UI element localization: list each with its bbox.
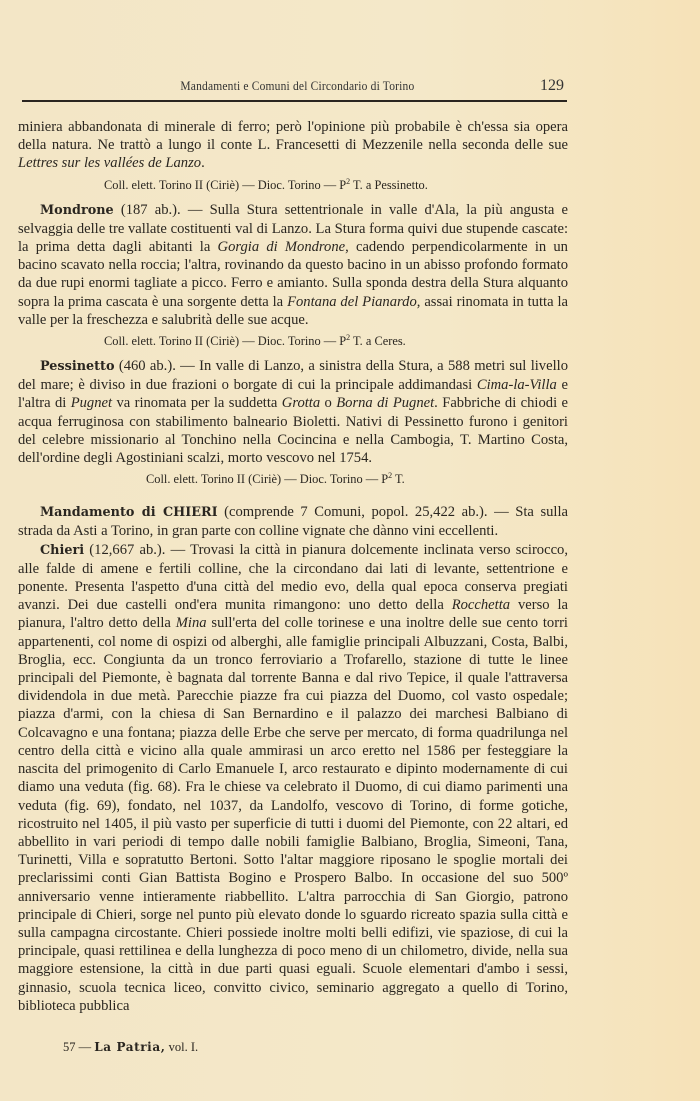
electoral-reference: Coll. elett. Torino II (Ciriè) — Dioc. T… (18, 174, 568, 193)
body-text: miniera abbandonata di minerale di ferro… (18, 118, 568, 1015)
scanned-book-page: Mandamenti e Comuni del Circondario di T… (0, 0, 700, 1101)
electoral-reference: Coll. elett. Torino II (Ciriè) — Dioc. T… (18, 330, 568, 349)
section-spacer (18, 495, 568, 503)
electoral-reference: Coll. elett. Torino II (Ciriè) — Dioc. T… (18, 468, 568, 487)
entry-pessinetto: Pessinetto (460 ab.). — In valle di Lanz… (18, 357, 568, 467)
entry-heading: Mandamento di CHIERI (40, 505, 218, 520)
paragraph-continuation: miniera abbandonata di minerale di ferro… (18, 118, 568, 173)
entry-chieri: Chieri (12,667 ab.). — Trovasi la città … (18, 541, 568, 1015)
entry-heading: Mondrone (40, 203, 114, 218)
page-number: 129 (540, 77, 564, 95)
printer-signature: 57 — La Patria, vol. I. (63, 1040, 198, 1055)
entry-heading: Pessinetto (40, 359, 115, 374)
publication-title: La Patria, (94, 1040, 165, 1054)
entry-mondrone: Mondrone (187 ab.). — Sulla Stura setten… (18, 201, 568, 329)
header-rule (22, 100, 567, 102)
entry-mandamento-chieri: Mandamento di CHIERI (comprende 7 Comuni… (18, 503, 568, 540)
entry-heading: Chieri (40, 543, 84, 558)
running-header: Mandamenti e Comuni del Circondario di T… (18, 77, 564, 95)
running-title: Mandamenti e Comuni del Circondario di T… (39, 79, 519, 94)
